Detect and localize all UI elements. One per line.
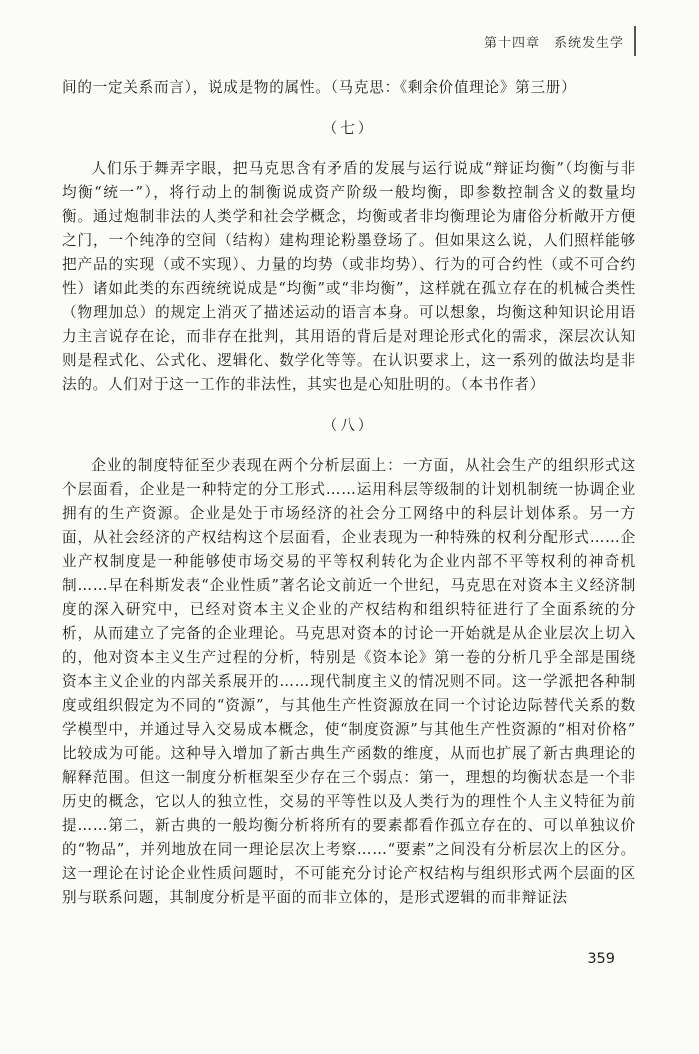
chapter-title: 第十四章 系统发生学 <box>484 32 624 51</box>
page-body: 间的一定关系而言），说成是物的属性。（马克思：《剩余价值理论》第三册） （七） … <box>62 76 636 910</box>
page-number: 359 <box>587 951 615 967</box>
section-seven-paragraph: 人们乐于舞弄字眼，把马克思含有矛盾的发展与运行说成“辩证均衡”（均衡与非均衡“统… <box>62 157 636 397</box>
section-eight-paragraph: 企业的制度特征至少表现在两个分析层面上：一方面，从社会生产的组织形式这个层面看，… <box>62 454 636 910</box>
section-heading-seven: （七） <box>62 117 636 141</box>
running-head: 第十四章 系统发生学 <box>484 26 636 56</box>
continuation-paragraph: 间的一定关系而言），说成是物的属性。（马克思：《剩余价值理论》第三册） <box>62 76 636 100</box>
header-rule <box>634 26 636 56</box>
book-page: 第十四章 系统发生学 间的一定关系而言），说成是物的属性。（马克思：《剩余价值理… <box>0 0 699 1054</box>
section-heading-eight: （八） <box>62 414 636 438</box>
